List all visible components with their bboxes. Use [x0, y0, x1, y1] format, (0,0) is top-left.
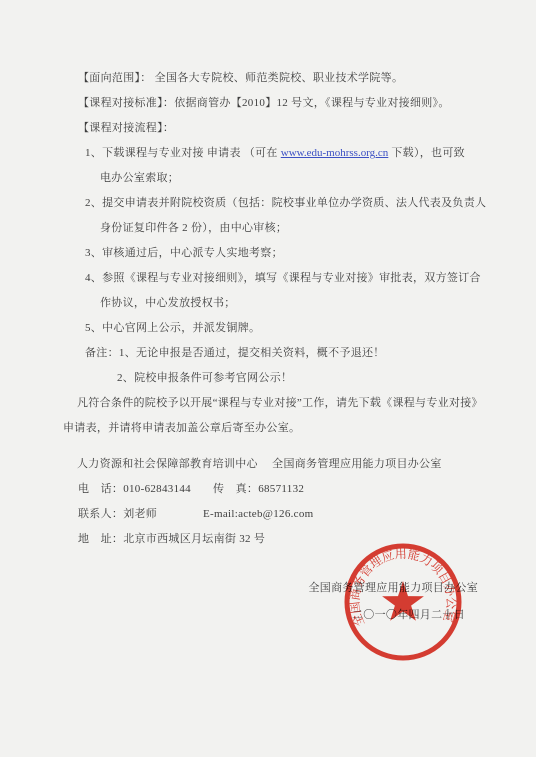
- signature-date: 二〇一〇年四月二十日: [309, 603, 479, 628]
- step-1-line-2: 电办公室索取；: [0, 166, 536, 191]
- document-page: 【面向范围】： 全国各大专院校、师范类院校、职业技术学院等。 【课程对接标准】：…: [0, 0, 536, 757]
- step-3-line: 3、审核通过后，中心派专人实地考察；: [0, 241, 536, 266]
- notes-line-1: 备注：1、无论申报是否通过，提交相关资料，概不予退还！: [0, 341, 536, 366]
- standard-line: 【课程对接标准】：依据商管办【2010】12 号文，《课程与专业对接细则》。: [0, 91, 536, 116]
- organizer-line: 人力资源和社会保障部教育培训中心 全国商务管理应用能力项目办公室: [0, 452, 536, 477]
- scope-line: 【面向范围】： 全国各大专院校、师范类院校、职业技术学院等。: [0, 66, 536, 91]
- step-4-line-2: 作协议，中心发放授权书；: [0, 291, 536, 316]
- application-form-link[interactable]: www.edu-mohrss.org.cn: [281, 147, 389, 159]
- phone-fax-row: 电 话：010-62843144 传 真：68571132: [0, 477, 536, 502]
- fax-value: 传 真：68571132: [213, 477, 304, 502]
- step-2-line-1: 2、提交申请表并附院校资质（包括：院校事业单位办学资质、法人代表及负责人: [0, 191, 536, 216]
- step-2-text: 提交申请表并附院校资质（包括：院校事业单位办学资质、法人代表及负责人: [102, 197, 486, 209]
- step-1-number: 1、: [85, 147, 102, 159]
- step-4-text: 参照《课程与专业对接细则》，填写《课程与专业对接》审批表，双方签订合: [102, 272, 481, 284]
- step-5-line: 5、中心官网上公示，并派发铜牌。: [0, 316, 536, 341]
- phone-value: 电 话：010-62843144: [78, 477, 213, 502]
- signature-block: 全国商务管理应用能力项目办公室 二〇一〇年四月二十日: [309, 576, 479, 628]
- step-2-number: 2、: [85, 197, 102, 209]
- step-2-line-2: 身份证复印件各 2 份），由中心审核；: [0, 216, 536, 241]
- step-3-text: 审核通过后，中心派专人实地考察；: [102, 247, 283, 259]
- step-4-number: 4、: [85, 272, 102, 284]
- contact-person: 联系人：刘老师: [78, 502, 203, 527]
- process-heading: 【课程对接流程】：: [0, 116, 536, 141]
- address-line: 地 址：北京市西城区月坛南街 32 号: [0, 527, 536, 552]
- step-4-line-1: 4、参照《课程与专业对接细则》，填写《课程与专业对接》审批表，双方签订合: [0, 266, 536, 291]
- notice-body: 【面向范围】： 全国各大专院校、师范类院校、职业技术学院等。 【课程对接标准】：…: [0, 0, 536, 552]
- step-3-number: 3、: [85, 247, 102, 259]
- notes-line-2: 2、院校申报条件可参考官网公示！: [0, 366, 536, 391]
- signature-org: 全国商务管理应用能力项目办公室: [309, 576, 479, 601]
- step-1-line-1: 1、下载课程与专业对接 申请表 （可在 www.edu-mohrss.org.c…: [0, 141, 536, 166]
- closing-paragraph-line-2: 申请表，并请将申请表加盖公章后寄至办公室。: [0, 416, 536, 441]
- step-1-text-post: 下载），也可致: [388, 147, 465, 159]
- step-5-number: 5、: [85, 322, 102, 334]
- contact-email-row: 联系人：刘老师 E-mail:acteb@126.com: [0, 502, 536, 527]
- closing-paragraph-line-1: 凡符合条件的院校予以开展“课程与专业对接”工作，请先下载《课程与专业对接》: [0, 391, 536, 416]
- step-1-text-pre: 下载课程与专业对接 申请表 （可在: [102, 147, 281, 159]
- email-value: E-mail:acteb@126.com: [203, 502, 314, 527]
- contact-block: 人力资源和社会保障部教育培训中心 全国商务管理应用能力项目办公室 电 话：010…: [0, 452, 536, 552]
- step-5-text: 中心官网上公示，并派发铜牌。: [102, 322, 260, 334]
